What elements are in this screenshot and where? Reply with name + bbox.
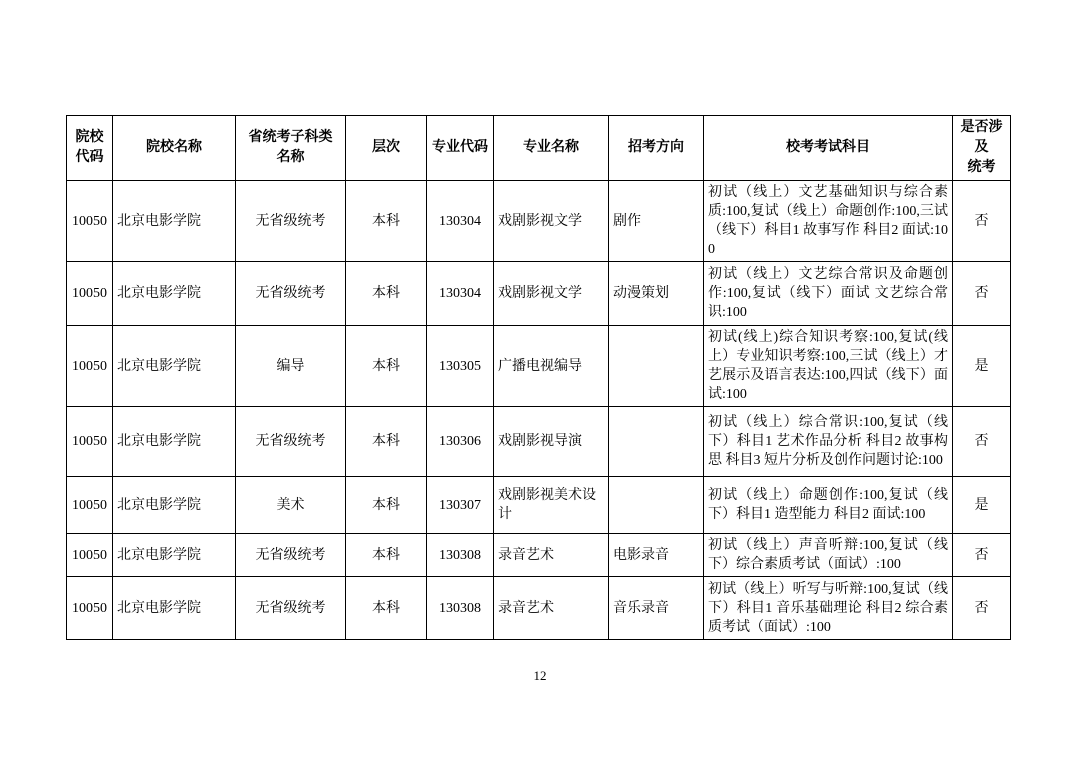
table-cell: 130304 [427, 181, 494, 262]
table-cell: 本科 [346, 534, 427, 577]
header-row: 院校代码院校名称省统考子科类名称层次专业代码专业名称招考方向校考考试科目是否涉及… [67, 116, 1011, 181]
table-cell: 否 [953, 534, 1011, 577]
table-cell: 无省级统考 [236, 407, 346, 477]
table-cell: 130307 [427, 477, 494, 534]
table-cell: 10050 [67, 181, 113, 262]
table-cell: 130306 [427, 407, 494, 477]
column-header: 院校代码 [67, 116, 113, 181]
table-header: 院校代码院校名称省统考子科类名称层次专业代码专业名称招考方向校考考试科目是否涉及… [67, 116, 1011, 181]
document-page: 院校代码院校名称省统考子科类名称层次专业代码专业名称招考方向校考考试科目是否涉及… [0, 0, 1080, 764]
table-cell: 10050 [67, 577, 113, 640]
table-cell: 广播电视编导 [494, 326, 609, 407]
table-cell: 130304 [427, 262, 494, 326]
table-cell: 初试（线上）听写与听辩:100,复试（线下）科目1 音乐基础理论 科目2 综合素… [704, 577, 953, 640]
table-row: 10050北京电影学院编导本科130305广播电视编导初试(线上)综合知识考察:… [67, 326, 1011, 407]
table-cell: 北京电影学院 [113, 181, 236, 262]
table-cell: 130308 [427, 534, 494, 577]
column-header: 招考方向 [609, 116, 704, 181]
table-cell: 初试（线上）声音听辩:100,复试（线下）综合素质考试（面试）:100 [704, 534, 953, 577]
column-header: 校考考试科目 [704, 116, 953, 181]
table-cell: 戏剧影视美术设计 [494, 477, 609, 534]
table-cell: 动漫策划 [609, 262, 704, 326]
table-cell: 否 [953, 181, 1011, 262]
column-header: 专业名称 [494, 116, 609, 181]
table-cell: 是 [953, 477, 1011, 534]
table-cell: 10050 [67, 326, 113, 407]
table-cell: 130308 [427, 577, 494, 640]
table-cell: 剧作 [609, 181, 704, 262]
table-cell [609, 477, 704, 534]
table-cell: 戏剧影视导演 [494, 407, 609, 477]
column-header: 是否涉及统考 [953, 116, 1011, 181]
table-cell: 是 [953, 326, 1011, 407]
table-cell: 否 [953, 407, 1011, 477]
table-cell: 北京电影学院 [113, 326, 236, 407]
column-header: 院校名称 [113, 116, 236, 181]
table-cell: 本科 [346, 181, 427, 262]
table-cell: 美术 [236, 477, 346, 534]
table-cell: 否 [953, 262, 1011, 326]
table-row: 10050北京电影学院无省级统考本科130304戏剧影视文学剧作初试（线上）文艺… [67, 181, 1011, 262]
table-cell: 本科 [346, 577, 427, 640]
column-header: 层次 [346, 116, 427, 181]
table-cell: 130305 [427, 326, 494, 407]
page-number: 12 [0, 668, 1080, 684]
table-cell: 北京电影学院 [113, 577, 236, 640]
table-cell: 无省级统考 [236, 181, 346, 262]
table-cell: 无省级统考 [236, 577, 346, 640]
table-cell: 北京电影学院 [113, 262, 236, 326]
table-cell: 编导 [236, 326, 346, 407]
table-cell: 初试(线上)综合知识考察:100,复试(线上）专业知识考察:100,三试（线上）… [704, 326, 953, 407]
table-cell: 无省级统考 [236, 262, 346, 326]
table-row: 10050北京电影学院美术本科130307戏剧影视美术设计初试（线上）命题创作:… [67, 477, 1011, 534]
table-cell [609, 407, 704, 477]
admission-exam-table: 院校代码院校名称省统考子科类名称层次专业代码专业名称招考方向校考考试科目是否涉及… [66, 115, 1011, 640]
table-cell: 初试（线上）命题创作:100,复试（线下）科目1 造型能力 科目2 面试:100 [704, 477, 953, 534]
table-cell: 本科 [346, 477, 427, 534]
table-row: 10050北京电影学院无省级统考本科130304戏剧影视文学动漫策划初试（线上）… [67, 262, 1011, 326]
table-row: 10050北京电影学院无省级统考本科130308录音艺术音乐录音初试（线上）听写… [67, 577, 1011, 640]
table-row: 10050北京电影学院无省级统考本科130306戏剧影视导演初试（线上）综合常识… [67, 407, 1011, 477]
table-cell: 录音艺术 [494, 534, 609, 577]
table-body: 10050北京电影学院无省级统考本科130304戏剧影视文学剧作初试（线上）文艺… [67, 181, 1011, 640]
table-cell: 初试（线上）综合常识:100,复试（线下）科目1 艺术作品分析 科目2 故事构思… [704, 407, 953, 477]
table-cell: 10050 [67, 534, 113, 577]
table-cell: 否 [953, 577, 1011, 640]
table-cell: 北京电影学院 [113, 477, 236, 534]
table-cell: 10050 [67, 407, 113, 477]
table-cell: 本科 [346, 326, 427, 407]
table-cell: 初试（线上）文艺基础知识与综合素质:100,复试（线上）命题创作:100,三试（… [704, 181, 953, 262]
table-cell: 戏剧影视文学 [494, 181, 609, 262]
table-cell: 10050 [67, 477, 113, 534]
table-cell: 本科 [346, 407, 427, 477]
table-cell: 音乐录音 [609, 577, 704, 640]
column-header: 省统考子科类名称 [236, 116, 346, 181]
table-row: 10050北京电影学院无省级统考本科130308录音艺术电影录音初试（线上）声音… [67, 534, 1011, 577]
table-cell: 戏剧影视文学 [494, 262, 609, 326]
table-cell: 北京电影学院 [113, 534, 236, 577]
column-header: 专业代码 [427, 116, 494, 181]
table-cell: 10050 [67, 262, 113, 326]
table-cell: 北京电影学院 [113, 407, 236, 477]
table-cell [609, 326, 704, 407]
table-cell: 本科 [346, 262, 427, 326]
table-cell: 录音艺术 [494, 577, 609, 640]
table-cell: 初试（线上）文艺综合常识及命题创作:100,复试（线下）面试 文艺综合常识:10… [704, 262, 953, 326]
table-cell: 无省级统考 [236, 534, 346, 577]
table-cell: 电影录音 [609, 534, 704, 577]
